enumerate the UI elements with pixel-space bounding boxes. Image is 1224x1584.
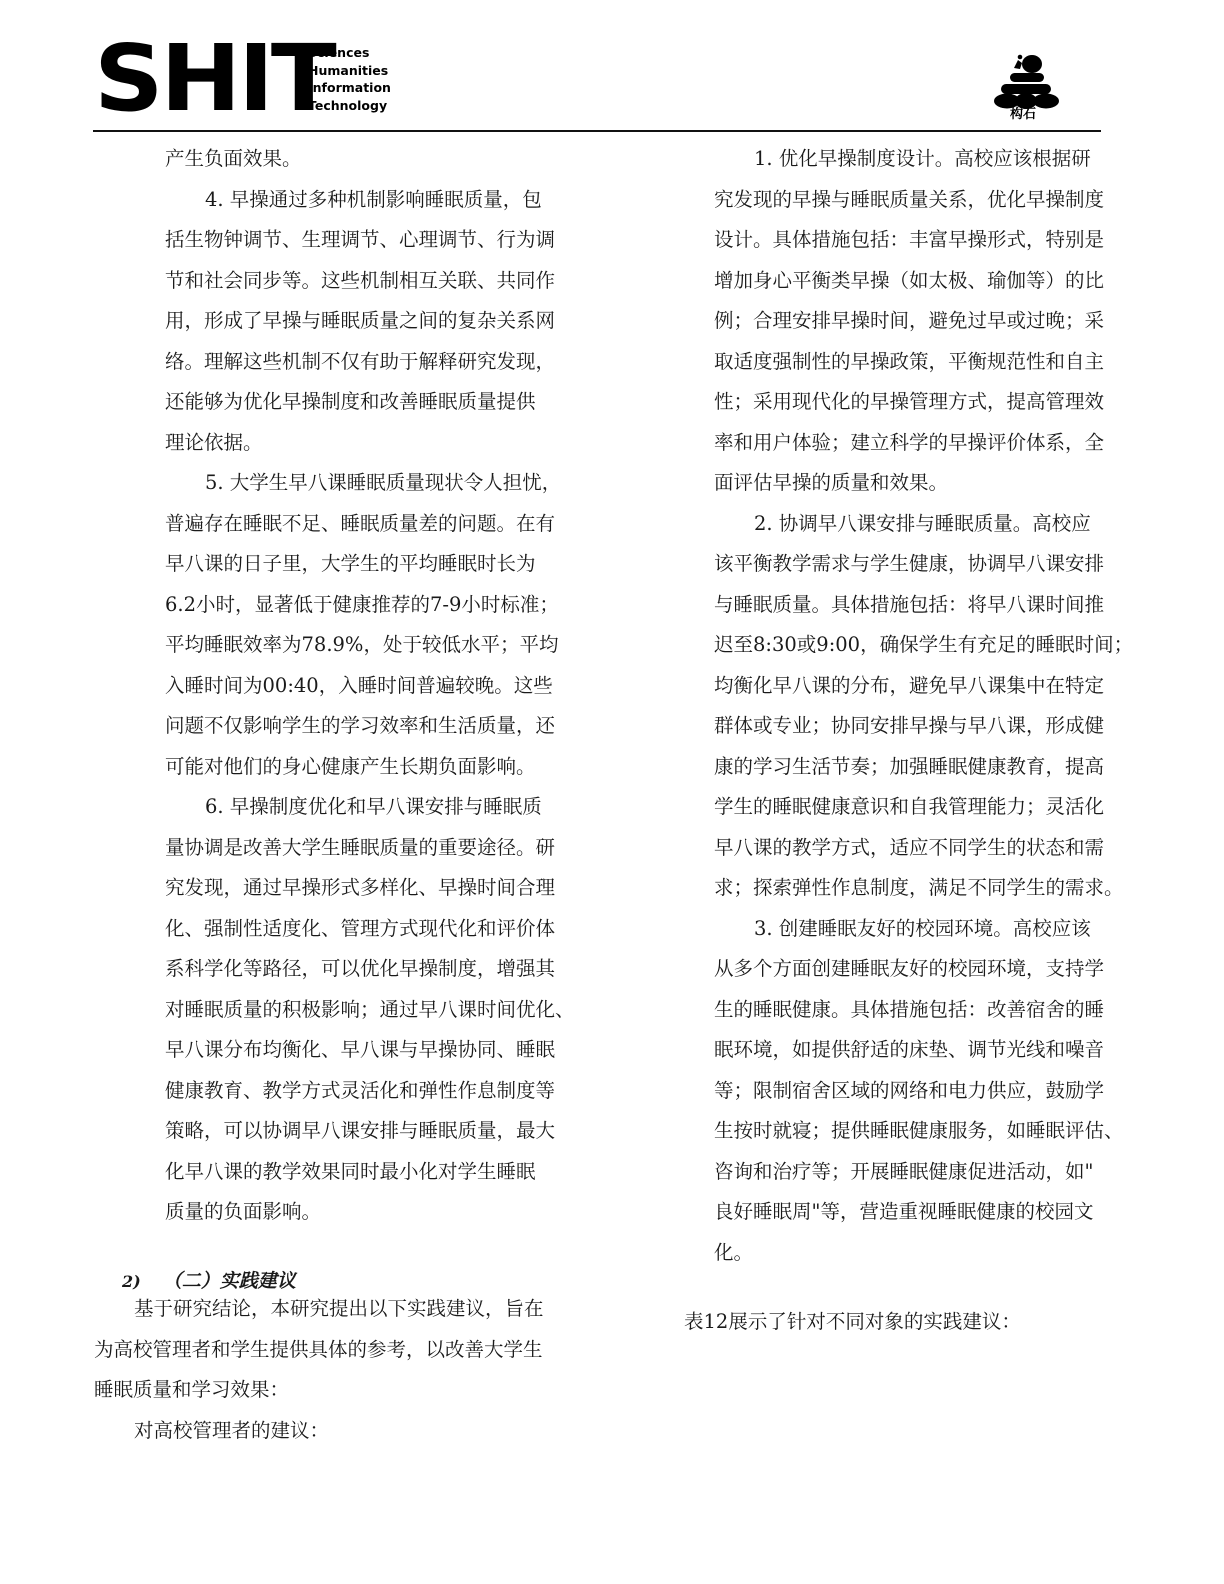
text-line: 对睡眠质量的积极影响；通过早八课时间优化、 <box>165 990 585 1031</box>
logo-word: Information <box>308 79 391 97</box>
text-line: 早八课的教学方式，适应不同学生的状态和需 <box>714 828 1134 869</box>
text-line: 平均睡眠效率为78.9%，处于较低水平；平均 <box>165 625 585 666</box>
text-line: 2. 协调早八课安排与睡眠质量。高校应 <box>714 504 1134 545</box>
text-line: 求；探索弹性作息制度，满足不同学生的需求。 <box>714 868 1134 909</box>
text-line: 眠环境，如提供舒适的床垫、调节光线和噪音 <box>714 1030 1134 1071</box>
text-line: 系科学化等路径，可以优化早操制度，增强其 <box>165 949 585 990</box>
text-line: 迟至8:30或9:00，确保学生有充足的睡眠时间； <box>714 625 1134 666</box>
left-column: 产生负面效果。 4. 早操通过多种机制影响睡眠质量，包 括生物钟调节、生理调节、… <box>165 139 585 1233</box>
text-line: 普遍存在睡眠不足、睡眠质量差的问题。在有 <box>165 504 585 545</box>
text-line: 1. 优化早操制度设计。高校应该根据研 <box>714 139 1134 180</box>
text-line: 群体或专业；协同安排早操与早八课，形成健 <box>714 706 1134 747</box>
text-line: 例；合理安排早操时间，避免过早或过晚；采 <box>714 301 1134 342</box>
text-line: 理论依据。 <box>165 423 585 464</box>
text-line: 究发现的早操与睡眠质量关系，优化早操制度 <box>714 180 1134 221</box>
page-header: SHIT Sciences Humanities Information Tec… <box>0 0 1224 135</box>
text-line: 率和用户体验；建立科学的早操评价体系，全 <box>714 423 1134 464</box>
text-line: 入睡时间为00:40，入睡时间普遍较晚。这些 <box>165 666 585 707</box>
text-line: 基于研究结论，本研究提出以下实践建议，旨在 <box>94 1289 544 1330</box>
text-line: 性；采用现代化的早操管理方式，提高管理效 <box>714 382 1134 423</box>
text-line: 设计。具体措施包括：丰富早操形式，特别是 <box>714 220 1134 261</box>
text-line: 早八课分布均衡化、早八课与早操协同、睡眠 <box>165 1030 585 1071</box>
text-line: 康的学习生活节奏；加强睡眠健康教育，提高 <box>714 747 1134 788</box>
text-line: 还能够为优化早操制度和改善睡眠质量提供 <box>165 382 585 423</box>
text-line: 该平衡教学需求与学生健康，协调早八课安排 <box>714 544 1134 585</box>
text-line: 对高校管理者的建议： <box>94 1411 544 1452</box>
text-line: 问题不仅影响学生的学习效率和生活质量，还 <box>165 706 585 747</box>
text-line: 增加身心平衡类早操（如太极、瑜伽等）的比 <box>714 261 1134 302</box>
text-line: 产生负面效果。 <box>165 139 585 180</box>
logo-label: 构石 <box>1010 103 1036 122</box>
text-line: 究发现，通过早操形式多样化、早操时间合理 <box>165 868 585 909</box>
text-line: 节和社会同步等。这些机制相互关联、共同作 <box>165 261 585 302</box>
text-line: 与睡眠质量。具体措施包括：将早八课时间推 <box>714 585 1134 626</box>
text-line: 6. 早操制度优化和早八课安排与睡眠质 <box>165 787 585 828</box>
text-line: 生的睡眠健康。具体措施包括：改善宿舍的睡 <box>714 990 1134 1031</box>
right-column: 1. 优化早操制度设计。高校应该根据研 究发现的早操与睡眠质量关系，优化早操制度… <box>714 139 1134 1273</box>
text-line: 括生物钟调节、生理调节、心理调节、行为调 <box>165 220 585 261</box>
text-line: 3. 创建睡眠友好的校园环境。高校应该 <box>714 909 1134 950</box>
text-line: 用，形成了早操与睡眠质量之间的复杂关系网 <box>165 301 585 342</box>
shit-logo: SHIT <box>94 38 334 120</box>
text-line: 咨询和治疗等；开展睡眠健康促进活动，如" <box>714 1152 1134 1193</box>
logo-word: Technology <box>308 97 391 115</box>
text-line: 为高校管理者和学生提供具体的参考，以改善大学生 <box>94 1330 544 1371</box>
text-line: 化。 <box>714 1233 1134 1274</box>
text-line: 5. 大学生早八课睡眠质量现状令人担忧， <box>165 463 585 504</box>
text-line: 化、强制性适度化、管理方式现代化和评价体 <box>165 909 585 950</box>
text-line: 睡眠质量和学习效果： <box>94 1370 544 1411</box>
text-line: 生按时就寝；提供睡眠健康服务，如睡眠评估、 <box>714 1111 1134 1152</box>
text-line: 从多个方面创建睡眠友好的校园环境，支持学 <box>714 949 1134 990</box>
text-line: 取适度强制性的早操政策，平衡规范性和自主 <box>714 342 1134 383</box>
text-line: 面评估早操的质量和效果。 <box>714 463 1134 504</box>
text-line: 质量的负面影响。 <box>165 1192 585 1233</box>
header-divider <box>93 130 1101 132</box>
text-line: 健康教育、教学方式灵活化和弹性作息制度等 <box>165 1071 585 1112</box>
table-reference: 表12展示了针对不同对象的实践建议： <box>684 1302 1021 1342</box>
text-line: 络。理解这些机制不仅有助于解释研究发现， <box>165 342 585 383</box>
logo-word: Sciences <box>308 44 391 62</box>
text-line: 6.2小时，显著低于健康推荐的7-9小时标准； <box>165 585 585 626</box>
text-line: 均衡化早八课的分布，避免早八课集中在特定 <box>714 666 1134 707</box>
text-line: 良好睡眠周"等，营造重视睡眠健康的校园文 <box>714 1192 1134 1233</box>
text-line: 等；限制宿舍区域的网络和电力供应，鼓励学 <box>714 1071 1134 1112</box>
text-line: 策略，可以协调早八课安排与睡眠质量，最大 <box>165 1111 585 1152</box>
logo-word: Humanities <box>308 62 391 80</box>
logo-words: Sciences Humanities Information Technolo… <box>308 44 391 114</box>
text-line: 量协调是改善大学生睡眠质量的重要途径。研 <box>165 828 585 869</box>
section-intro: 基于研究结论，本研究提出以下实践建议，旨在 为高校管理者和学生提供具体的参考，以… <box>94 1289 544 1451</box>
text-line: 化早八课的教学效果同时最小化对学生睡眠 <box>165 1152 585 1193</box>
text-line: 4. 早操通过多种机制影响睡眠质量，包 <box>165 180 585 221</box>
text-line: 学生的睡眠健康意识和自我管理能力；灵活化 <box>714 787 1134 828</box>
text-line: 早八课的日子里，大学生的平均睡眠时长为 <box>165 544 585 585</box>
text-line: 可能对他们的身心健康产生长期负面影响。 <box>165 747 585 788</box>
